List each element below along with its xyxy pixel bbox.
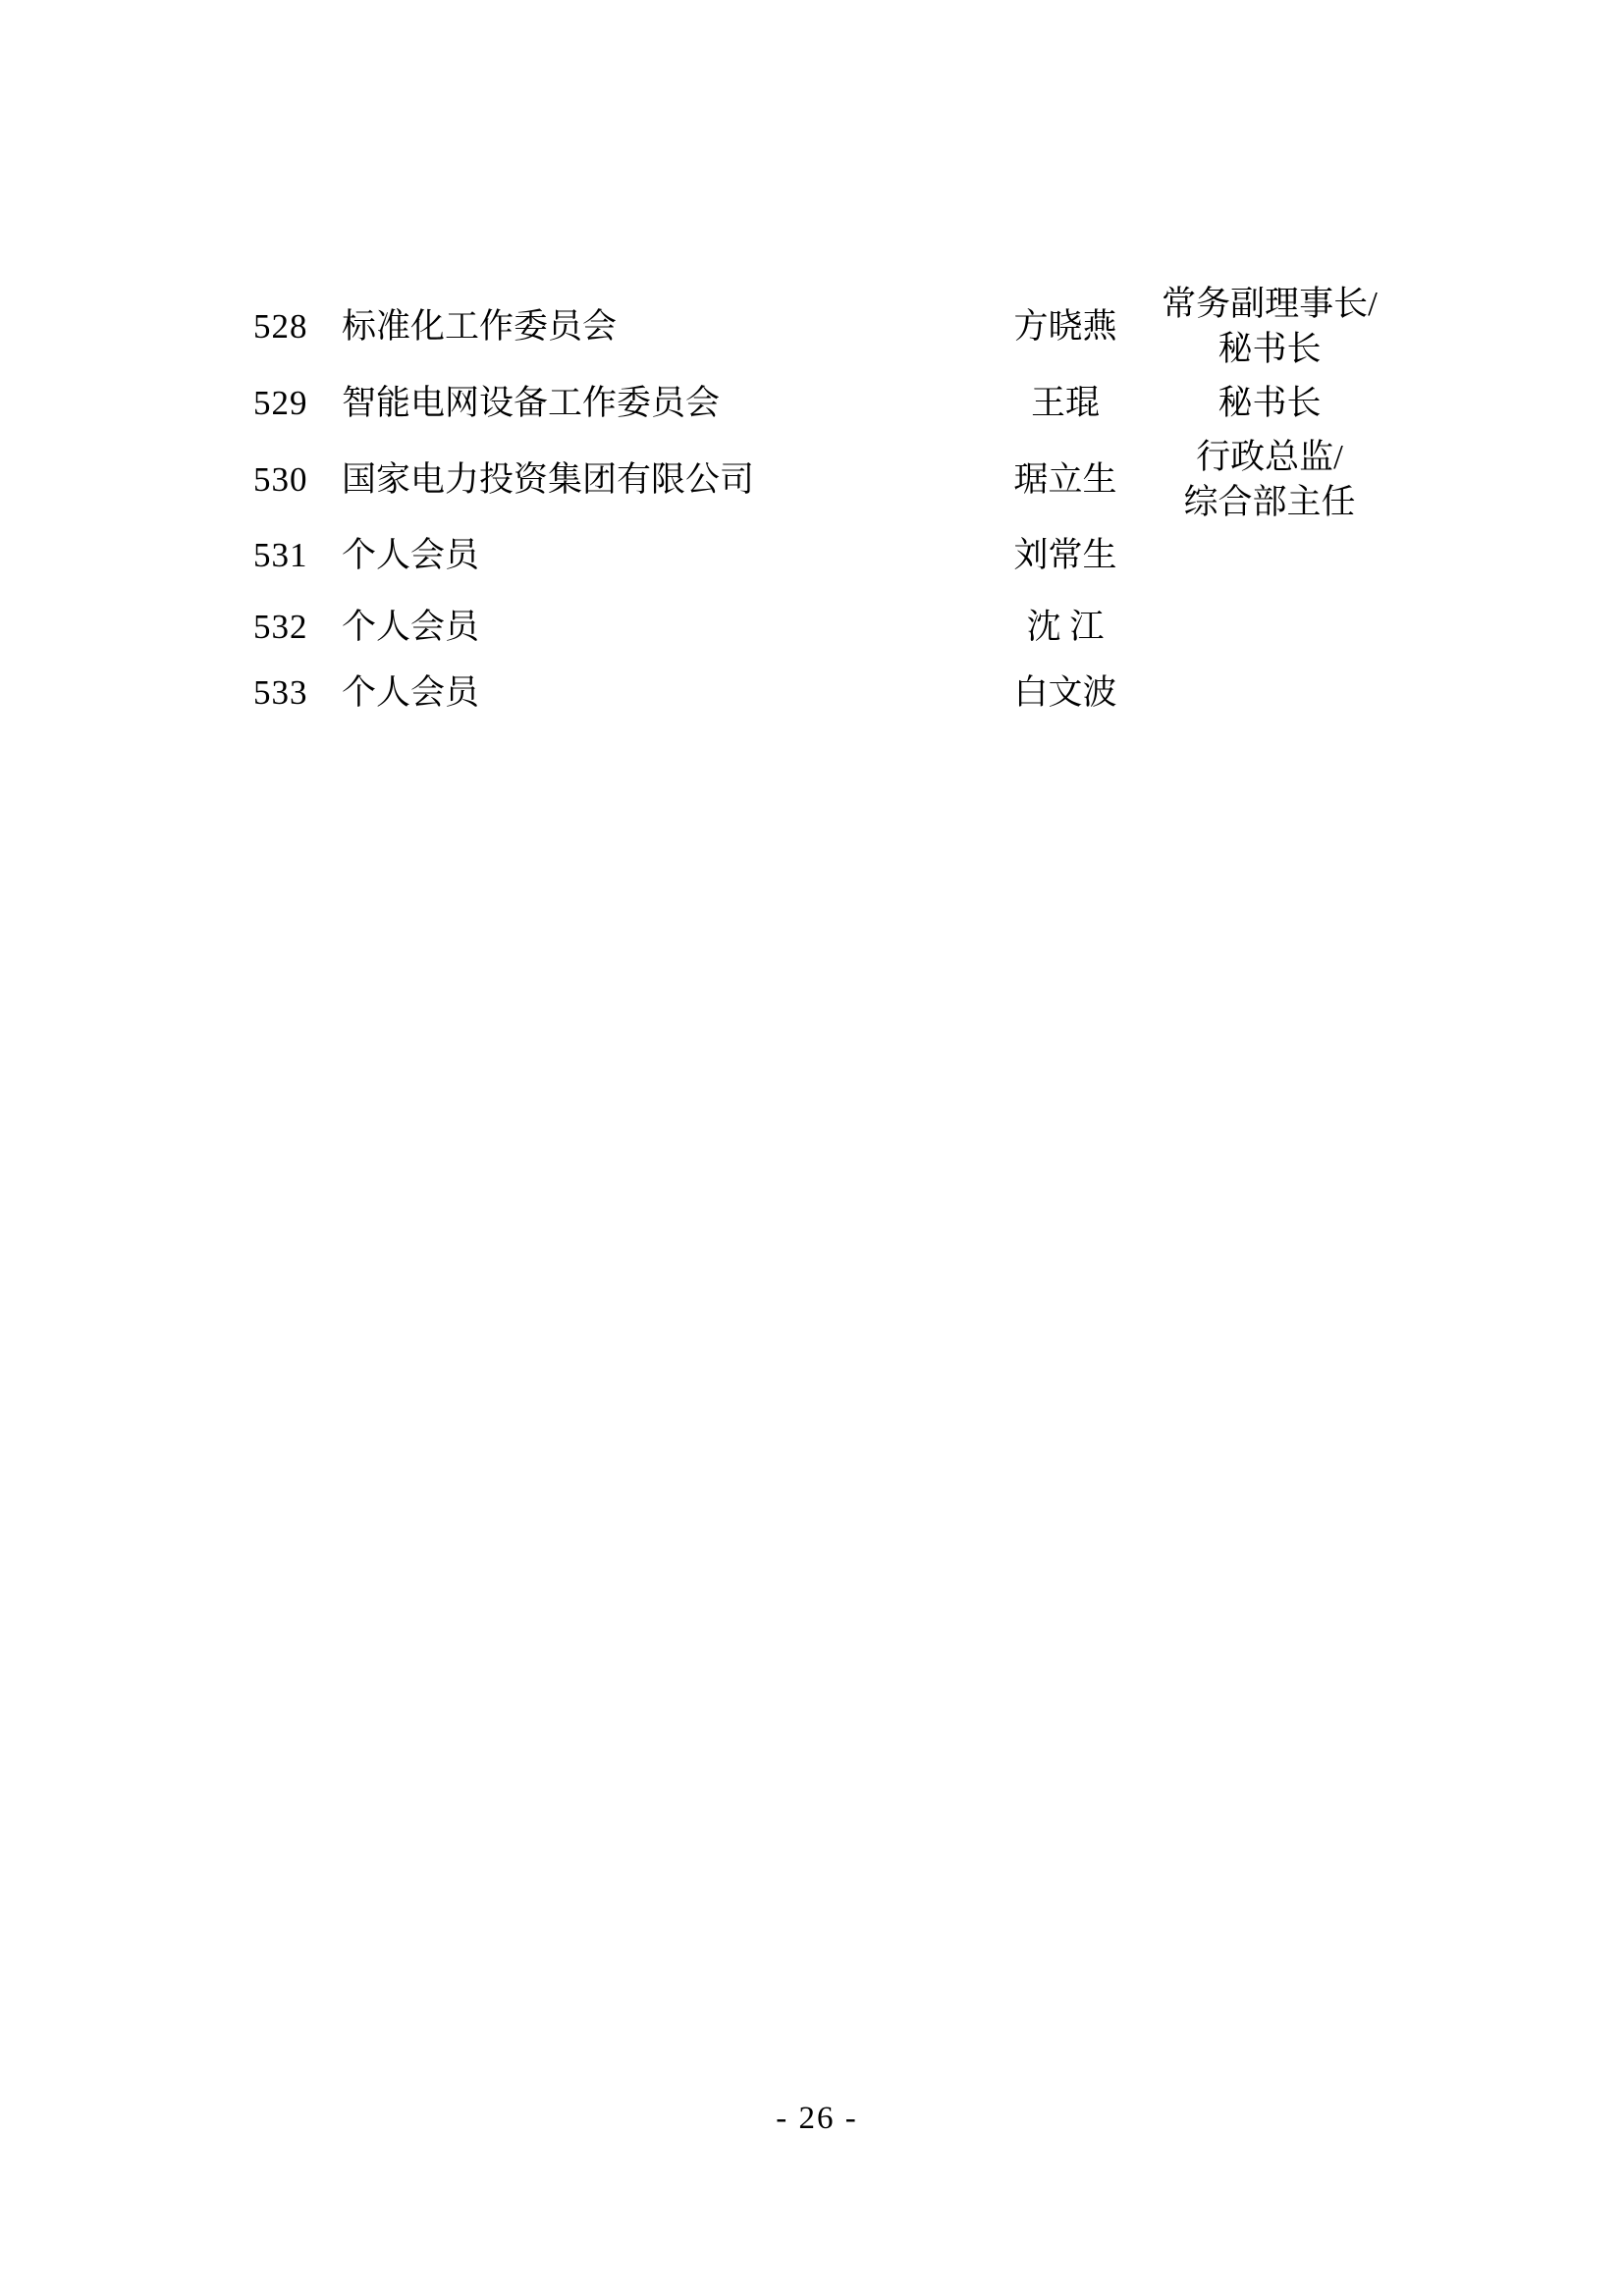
organization-name: 个人会员: [342, 644, 950, 742]
page-number: - 26 -: [719, 2099, 915, 2138]
document-page: 528 标准化工作委员会 方晓燕 常务副理事长/ 秘书长 529 智能电网设备工…: [0, 0, 1624, 2296]
member-title: [1139, 644, 1400, 742]
row-number: 533: [253, 644, 322, 742]
member-row: 533 个人会员 白文波: [0, 644, 1624, 742]
